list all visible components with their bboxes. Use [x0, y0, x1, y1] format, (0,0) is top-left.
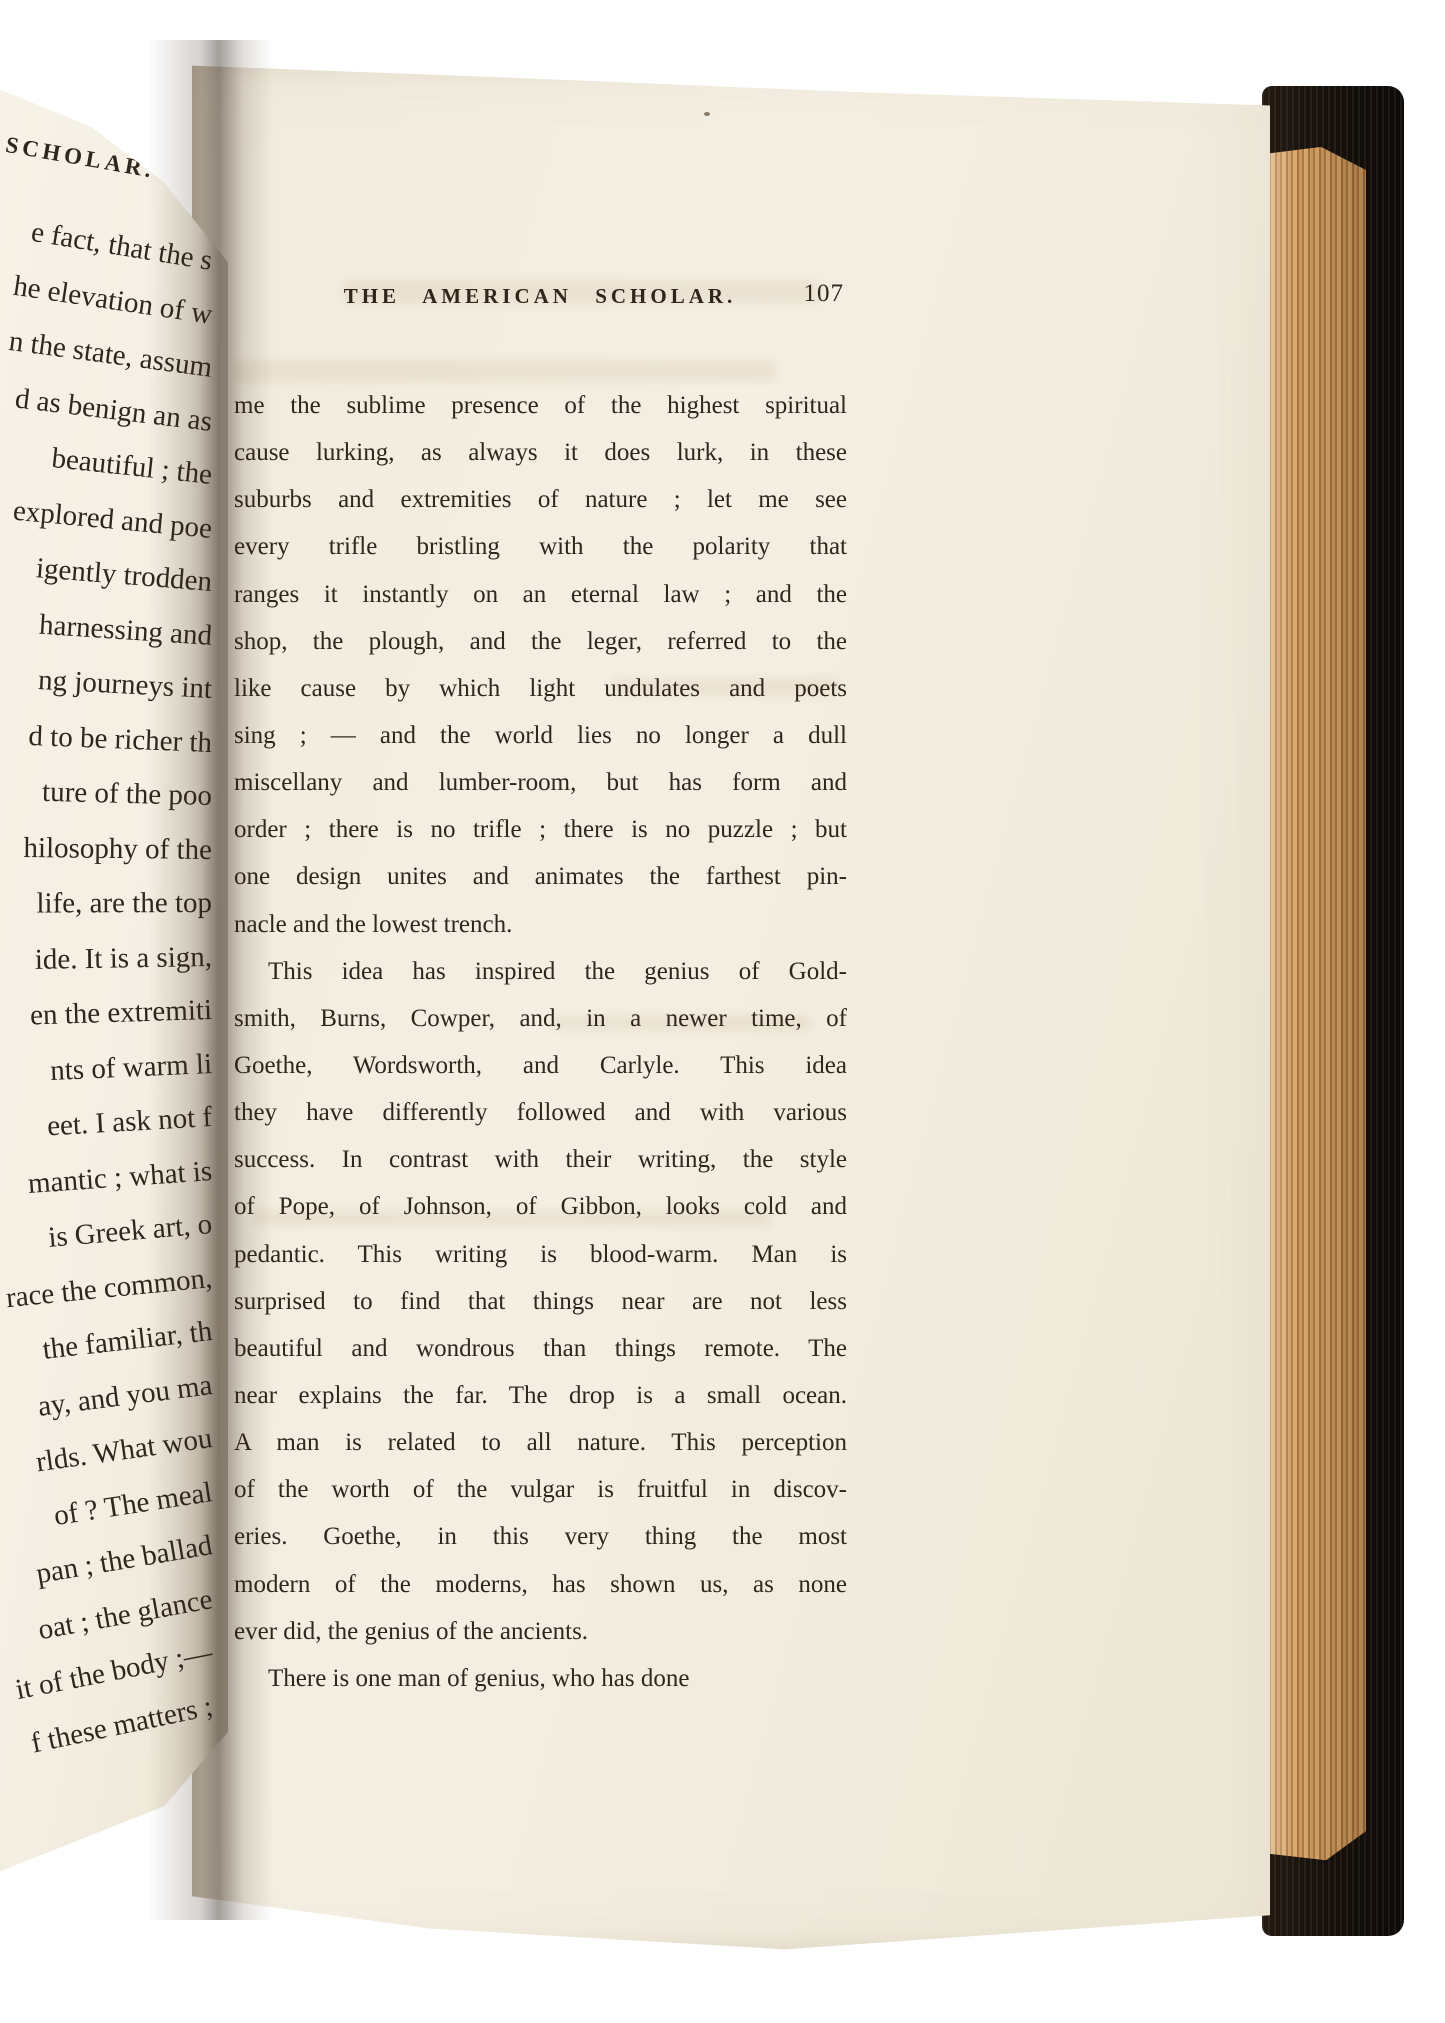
body-text-line: ever did, the genius of the ancients.	[234, 1608, 847, 1655]
body-text-line: nacle and the lowest trench.	[234, 901, 847, 948]
body-text-line: miscellany and lumber-room, but has form…	[234, 759, 847, 806]
left-page-line-fragment: f these matters ;	[0, 1691, 215, 1782]
right-page: THE AMERICAN SCHOLAR. 107 me the sublime…	[192, 60, 1270, 1955]
body-text-line: cause lurking, as always it does lurk, i…	[234, 429, 847, 476]
body-text-line: me the sublime presence of the highest s…	[234, 382, 847, 429]
body-text-line: they have differently followed and with …	[234, 1089, 847, 1136]
page-fore-edge	[1266, 146, 1366, 1862]
left-page-line-fragment: igently trodden	[0, 543, 213, 597]
body-text-line: of the worth of the vulgar is fruitful i…	[234, 1466, 847, 1513]
body-text-line: success. In contrast with their writing,…	[234, 1136, 847, 1183]
left-page-line-fragment: mantic ; what is	[0, 1156, 213, 1207]
body-text-line: one design unites and animates the farth…	[234, 853, 847, 900]
body-text-line: ranges it instantly on an eternal law ; …	[234, 571, 847, 618]
page-header: THE AMERICAN SCHOLAR. 107	[234, 284, 846, 324]
body-text-line: surprised to find that things near are n…	[234, 1278, 847, 1325]
paper-speck	[704, 112, 710, 116]
body-text-line: suburbs and extremities of nature ; let …	[234, 476, 847, 523]
left-page-line-fragment: d to be richer th	[0, 716, 213, 757]
body-text-line: beautiful and wondrous than things remot…	[234, 1325, 847, 1372]
left-page: SCHOLAR. e fact, that the she elevation …	[0, 30, 228, 1890]
left-page-line-fragment: is Greek art, o	[0, 1209, 213, 1264]
running-title: THE AMERICAN SCHOLAR.	[234, 284, 846, 309]
left-page-line-fragment: ture of the poo	[0, 774, 212, 811]
body-text-line: Goethe, Wordsworth, and Carlyle. This id…	[234, 1042, 847, 1089]
body-text-line: eries. Goethe, in this very thing the mo…	[234, 1513, 847, 1560]
left-page-line-fragment: hilosophy of the	[0, 831, 212, 864]
body-text-line: pedantic. This writing is blood-warm. Ma…	[234, 1231, 847, 1278]
left-page-line-fragment: e fact, that the s	[0, 198, 214, 276]
body-text-line: shop, the plough, and the leger, referre…	[234, 618, 847, 665]
left-page-line-fragment: nts of warm li	[0, 1049, 213, 1092]
body-text-line: like cause by which light undulates and …	[234, 665, 847, 712]
body-text-line: There is one man of genius, who has done	[234, 1655, 847, 1702]
body-text-line: A man is related to all nature. This per…	[234, 1419, 847, 1466]
left-page-line-fragment: ide. It is a sign,	[0, 942, 212, 977]
body-text-line: near explains the far. The drop is a sma…	[234, 1372, 847, 1419]
body-text-line: sing ; — and the world lies no longer a …	[234, 712, 847, 759]
body-text-line: smith, Burns, Cowper, and, in a newer ti…	[234, 995, 847, 1042]
left-page-line-fragment: d as benign an as	[0, 371, 214, 437]
body-text-line: of Pope, of Johnson, of Gibbon, looks co…	[234, 1183, 847, 1230]
body-text-line: modern of the moderns, has shown us, as …	[234, 1561, 847, 1608]
left-page-line-fragment: life, are the top	[0, 888, 212, 919]
body-text-line: every trifle bristling with the polarity…	[234, 523, 847, 570]
left-page-line-fragment: en the extremiti	[0, 995, 212, 1034]
ink-showthrough-smudge	[232, 360, 777, 382]
body-text-line: order ; there is no trifle ; there is no…	[234, 806, 847, 853]
left-page-line-fragment: explored and poe	[0, 486, 213, 544]
left-page-line-fragment: beautiful ; the	[0, 428, 214, 490]
left-page-line-fragment: ng journeys int	[0, 658, 213, 704]
left-page-line-fragment: race the common,	[0, 1263, 213, 1322]
page-number: 107	[804, 280, 845, 308]
left-page-line-fragment: harnessing and	[0, 601, 213, 651]
left-page-text: SCHOLAR. e fact, that the she elevation …	[0, 30, 212, 1890]
left-page-line-fragment: eet. I ask not f	[0, 1102, 213, 1149]
open-book-photo: THE AMERICAN SCHOLAR. 107 me the sublime…	[0, 0, 1445, 2023]
body-text-line: This idea has inspired the genius of Gol…	[234, 948, 847, 995]
right-page-text-block: me the sublime presence of the highest s…	[234, 382, 847, 1702]
left-page-line-fragment: the familiar, th	[0, 1316, 214, 1379]
left-running-title: SCHOLAR.	[0, 116, 157, 184]
